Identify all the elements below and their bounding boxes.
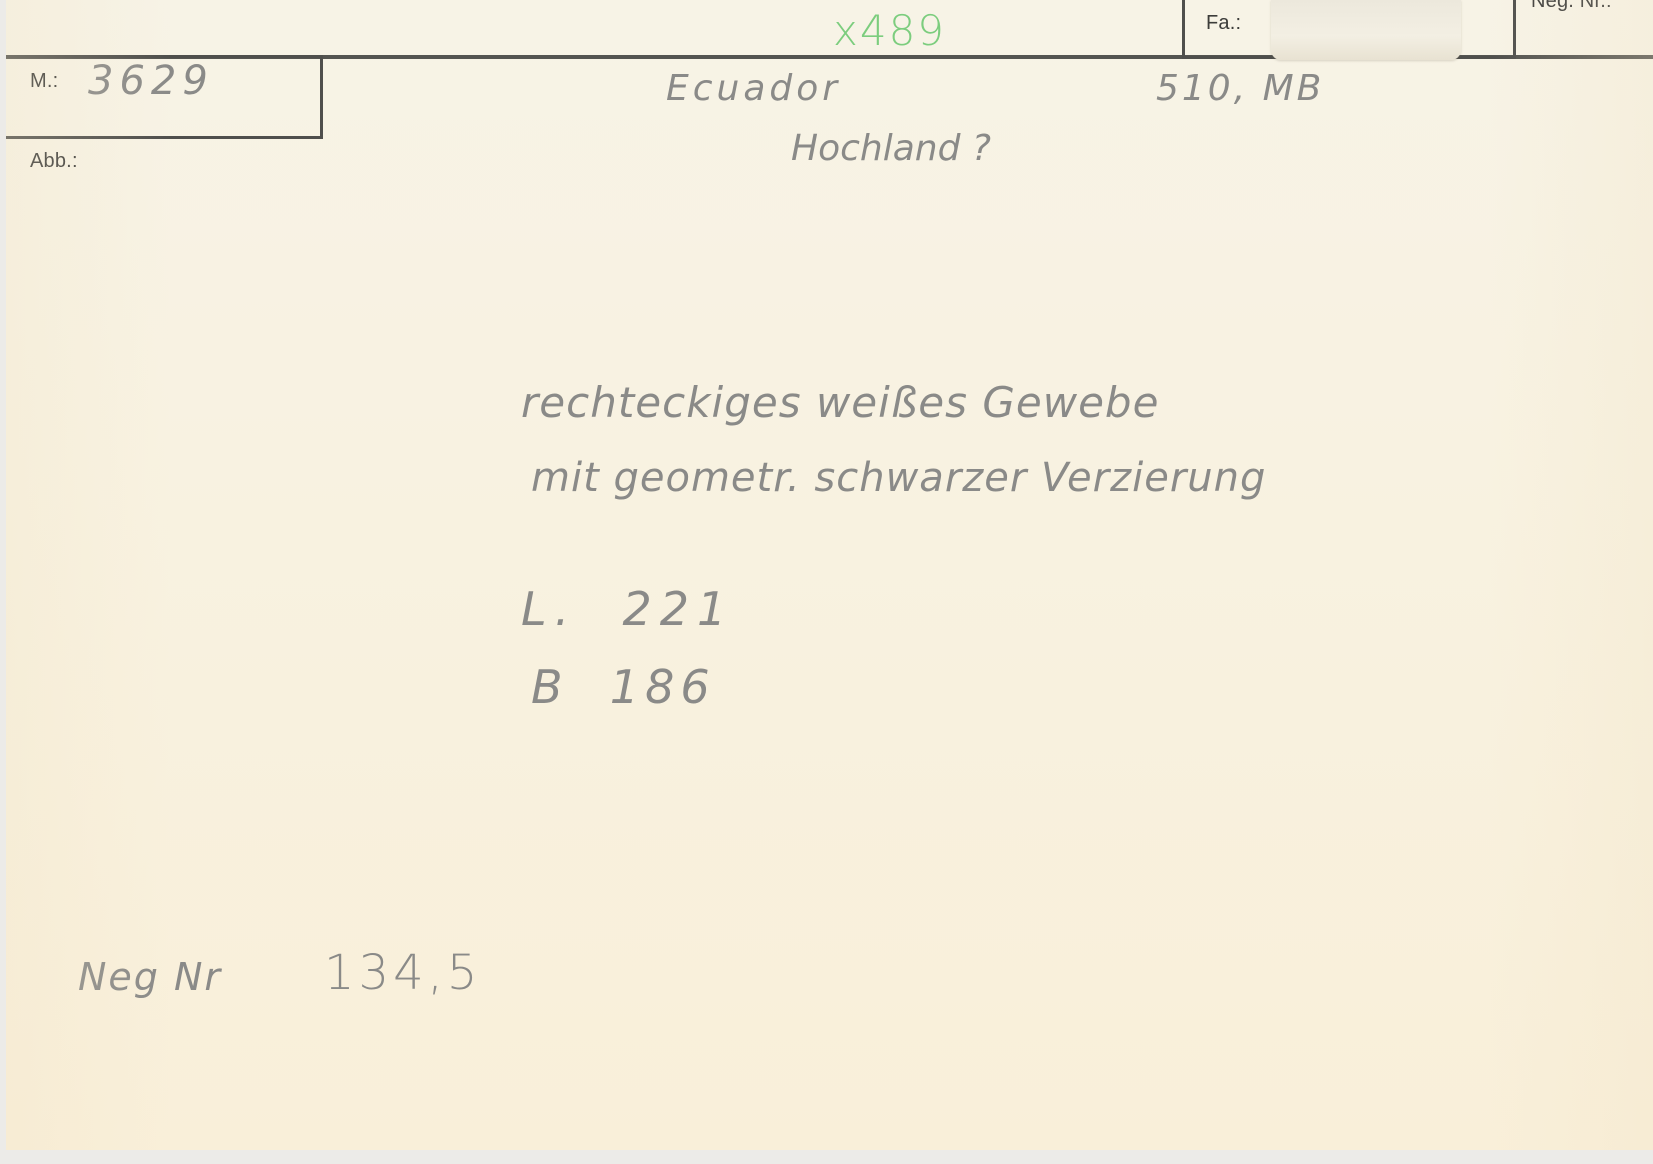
description-line-1: rechteckiges weißes Gewebe (521, 378, 1159, 427)
length-measurement: L. 221 (521, 582, 734, 636)
green-mark: x489 (833, 6, 946, 55)
neg-divider (1513, 0, 1516, 58)
region-text: Hochland ? (791, 128, 991, 169)
m-field-label: M.: (30, 70, 58, 93)
neg-number-value: 134,5 (324, 945, 481, 1001)
inventory-number: 3629 (88, 58, 214, 104)
width-measurement: B 186 (531, 660, 716, 714)
description-line-2: mit geometr. schwarzer Verzierung (531, 455, 1266, 501)
code-text: 510, MB (1156, 68, 1324, 109)
country-text: Ecuador (666, 68, 841, 109)
neg-number-label: Neg Nr (78, 955, 222, 999)
adhesive-tape (1271, 0, 1461, 60)
neg-field-label: Neg. Nr.: (1531, 0, 1612, 13)
fa-field-label: Fa.: (1206, 12, 1241, 35)
archive-index-card: M.: 3629 Abb.: x489 Fa.: Neg. Nr.: Ecuad… (6, 0, 1653, 1150)
abb-field-label: Abb.: (30, 150, 78, 173)
